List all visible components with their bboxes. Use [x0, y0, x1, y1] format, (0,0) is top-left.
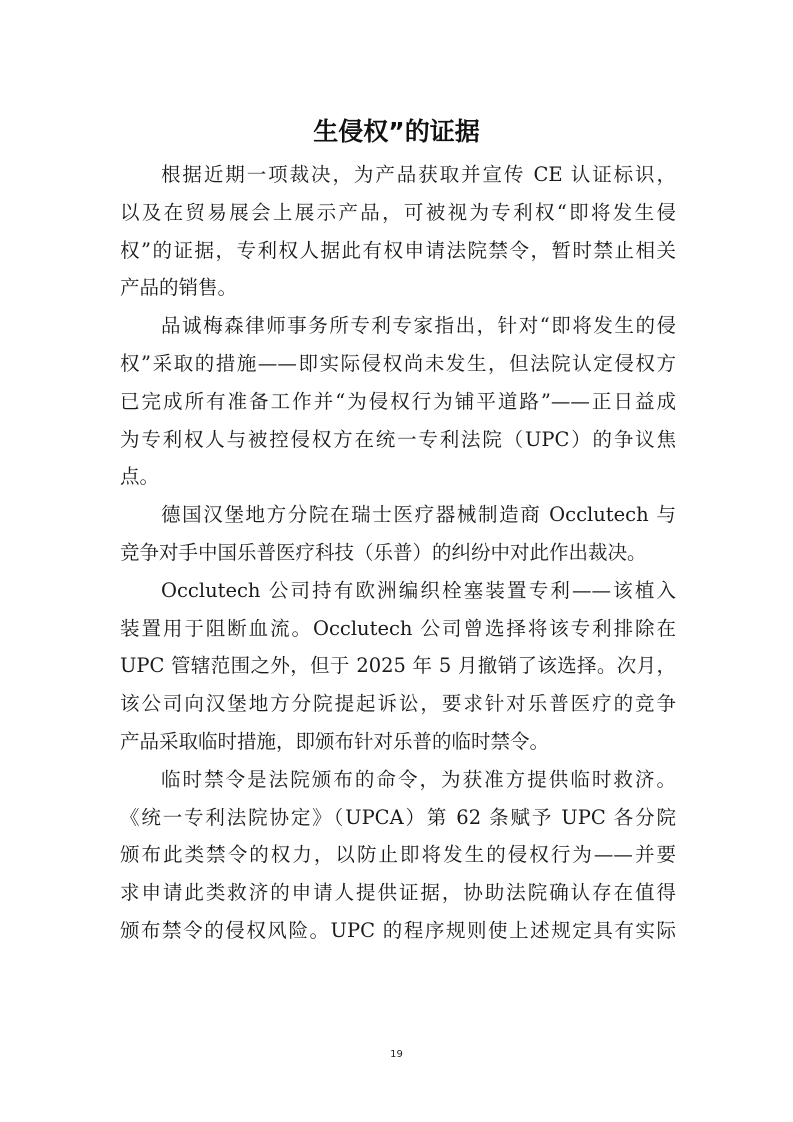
paragraph-5-line-5: 颁布禁令的侵权风险。UPC 的程序规则使上述规定具有实际 — [120, 912, 676, 950]
paragraph-2-line-3: 已完成所有准备工作并“为侵权行为铺平道路”——正日益成 — [120, 383, 676, 421]
paragraph-5-line-2: 《统一专利法院协定》（UPCA）第 62 条赋予 UPC 各分院 — [120, 799, 676, 837]
paragraph-2-line-1: 品诚梅森律师事务所专利专家指出，针对“即将发生的侵 — [120, 307, 676, 345]
document-page: 生侵权”的证据 根据近期一项裁决，为产品获取并宣传 CE 认证标识， 以及在贸易… — [0, 0, 793, 1122]
paragraph-4-line-2: 装置用于阻断血流。Occlutech 公司曾选择将该专利排除在 — [120, 610, 676, 648]
paragraph-5-line-4: 求申请此类救济的申请人提供证据，协助法院确认存在值得 — [120, 874, 676, 912]
paragraph-1-line-4: 产品的销售。 — [120, 269, 676, 307]
paragraph-2-line-4: 为专利权人与被控侵权方在统一专利法院（UPC）的争议焦 — [120, 421, 676, 459]
paragraph-4-line-4: 该公司向汉堡地方分院提起诉讼，要求针对乐普医疗的竞争 — [120, 685, 676, 723]
paragraph-1-line-3: 权”的证据，专利权人据此有权申请法院禁令，暂时禁止相关 — [120, 232, 676, 270]
paragraph-2-line-2: 权”采取的措施——即实际侵权尚未发生，但法院认定侵权方 — [120, 345, 676, 383]
page-number: 19 — [0, 1049, 793, 1060]
paragraph-4-line-3: UPC 管辖范围之外，但于 2025 年 5 月撤销了该选择。次月， — [120, 647, 676, 685]
document-body: 根据近期一项裁决，为产品获取并宣传 CE 认证标识， 以及在贸易展会上展示产品，… — [120, 156, 676, 950]
paragraph-1-line-1: 根据近期一项裁决，为产品获取并宣传 CE 认证标识， — [120, 156, 676, 194]
paragraph-1-line-2: 以及在贸易展会上展示产品，可被视为专利权“即将发生侵 — [120, 194, 676, 232]
paragraph-4-line-1: Occlutech 公司持有欧洲编织栓塞装置专利——该植入 — [120, 572, 676, 610]
paragraph-3-line-2: 竞争对手中国乐普医疗科技（乐普）的纠纷中对此作出裁决。 — [120, 534, 676, 572]
paragraph-3-line-1: 德国汉堡地方分院在瑞士医疗器械制造商 Occlutech 与 — [120, 496, 676, 534]
paragraph-5-line-3: 颁布此类禁令的权力，以防止即将发生的侵权行为——并要 — [120, 836, 676, 874]
paragraph-5-line-1: 临时禁令是法院颁布的命令，为获准方提供临时救济。 — [120, 761, 676, 799]
paragraph-2-line-5: 点。 — [120, 458, 676, 496]
paragraph-4-line-5: 产品采取临时措施，即颁布针对乐普的临时禁令。 — [120, 723, 676, 761]
section-title: 生侵权”的证据 — [0, 112, 793, 148]
